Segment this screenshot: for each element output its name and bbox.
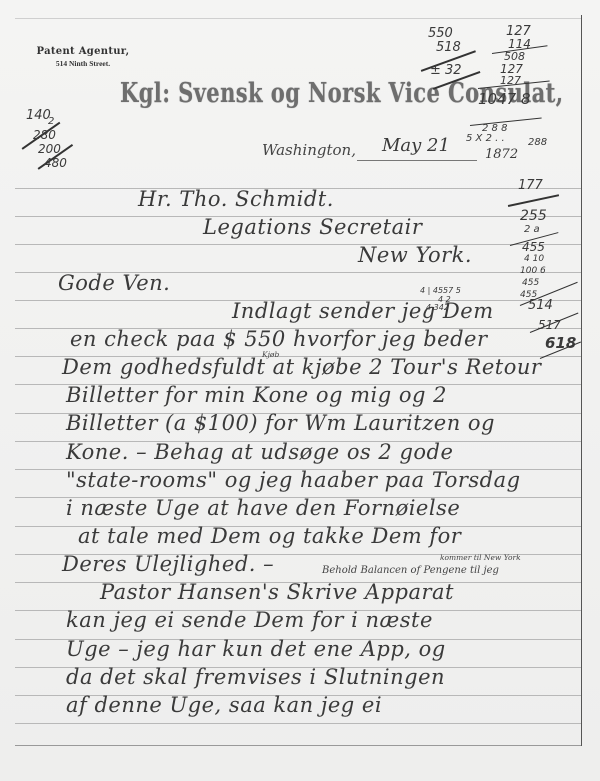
letterhead-agency: Patent Agentur, 514 Ninth Street. xyxy=(28,46,138,68)
body-line: da det skal fremvises i Slutningen xyxy=(66,665,445,689)
kjob-superscript: Kjøb xyxy=(262,350,279,359)
calc-number: 4 10 xyxy=(524,254,544,264)
body-line: Pastor Hansen's Skrive Apparat xyxy=(100,580,454,604)
page-top-edge xyxy=(15,18,581,19)
ruled-line xyxy=(15,244,581,245)
kommer-annotation: kommer til New York xyxy=(440,553,521,562)
calc-number: 5 X 2 . . xyxy=(466,133,505,144)
calc-number: 177 xyxy=(518,178,543,193)
body-line: kan jeg ei sende Dem for i næste xyxy=(66,608,433,632)
right-margin-rule xyxy=(581,15,582,746)
calc-number: 288 xyxy=(528,137,547,148)
body-line: at tale med Dem og takke Dem for xyxy=(78,524,461,548)
calc-number: 280 xyxy=(33,128,56,142)
addressee-name: Hr. Tho. Schmidt. xyxy=(138,187,334,211)
dateline-underline xyxy=(357,160,477,161)
calc-number: 455 xyxy=(522,240,545,254)
dateline-date: May 21 xyxy=(382,135,450,156)
calc-number: 514 xyxy=(528,298,553,313)
calc-number: 550 xyxy=(428,26,453,41)
body-line: af denne Uge, saa kan jeg ei xyxy=(66,693,382,717)
calc-number: 1047 8 xyxy=(478,90,531,108)
calc-number: ± 32 xyxy=(430,63,462,78)
calc-number: 518 xyxy=(436,40,461,55)
body-line: Deres Ulejlighed. – xyxy=(62,552,274,576)
calc-number: 2 a xyxy=(524,224,540,235)
dateline-year: 1872 xyxy=(485,147,518,162)
beholdt-annotation: Behold Balancen of Pengene til jeg xyxy=(322,565,499,576)
calc-number: 100 6 xyxy=(520,266,546,276)
addressee-city: New York. xyxy=(358,243,472,267)
body-line: en check paa $ 550 hvorfor jeg beder xyxy=(70,327,488,351)
calc-number: 255 xyxy=(520,208,547,224)
calc-number: 4 | 4557 5 xyxy=(420,286,461,295)
ruled-line-bottom xyxy=(15,745,581,746)
body-line: Dem godhedsfuldt at kjøbe 2 Tour's Retou… xyxy=(62,355,541,379)
body-line: Uge – jeg har kun det ene App, og xyxy=(66,637,446,661)
salutation: Gode Ven. xyxy=(58,271,170,295)
calc-rule xyxy=(508,194,559,206)
calc-number: 455 xyxy=(522,278,539,288)
body-line: "state-rooms" og jeg haaber paa Torsdag xyxy=(66,468,521,492)
addressee-title: Legations Secretair xyxy=(203,215,422,239)
body-line: Billetter for min Kone og mig og 2 xyxy=(66,383,447,407)
agency-name: Patent Agentur, xyxy=(28,46,138,57)
calc-number: 480 xyxy=(44,156,67,170)
body-line: Billetter (a $100) for Wm Lauritzen og xyxy=(66,411,495,435)
letter-page: Patent Agentur, 514 Ninth Street. Kgl: S… xyxy=(0,0,600,781)
body-line: i næste Uge at have den Fornøielse xyxy=(66,496,460,520)
calc-number: 4 342 xyxy=(426,303,449,312)
agency-address: 514 Ninth Street. xyxy=(28,59,138,68)
ruled-line xyxy=(15,723,581,724)
body-line: Indlagt sender jeg Dem xyxy=(232,299,494,323)
dateline-place: Washington, xyxy=(262,141,356,159)
body-line: Kone. – Behag at udsøge os 2 gode xyxy=(66,440,453,464)
